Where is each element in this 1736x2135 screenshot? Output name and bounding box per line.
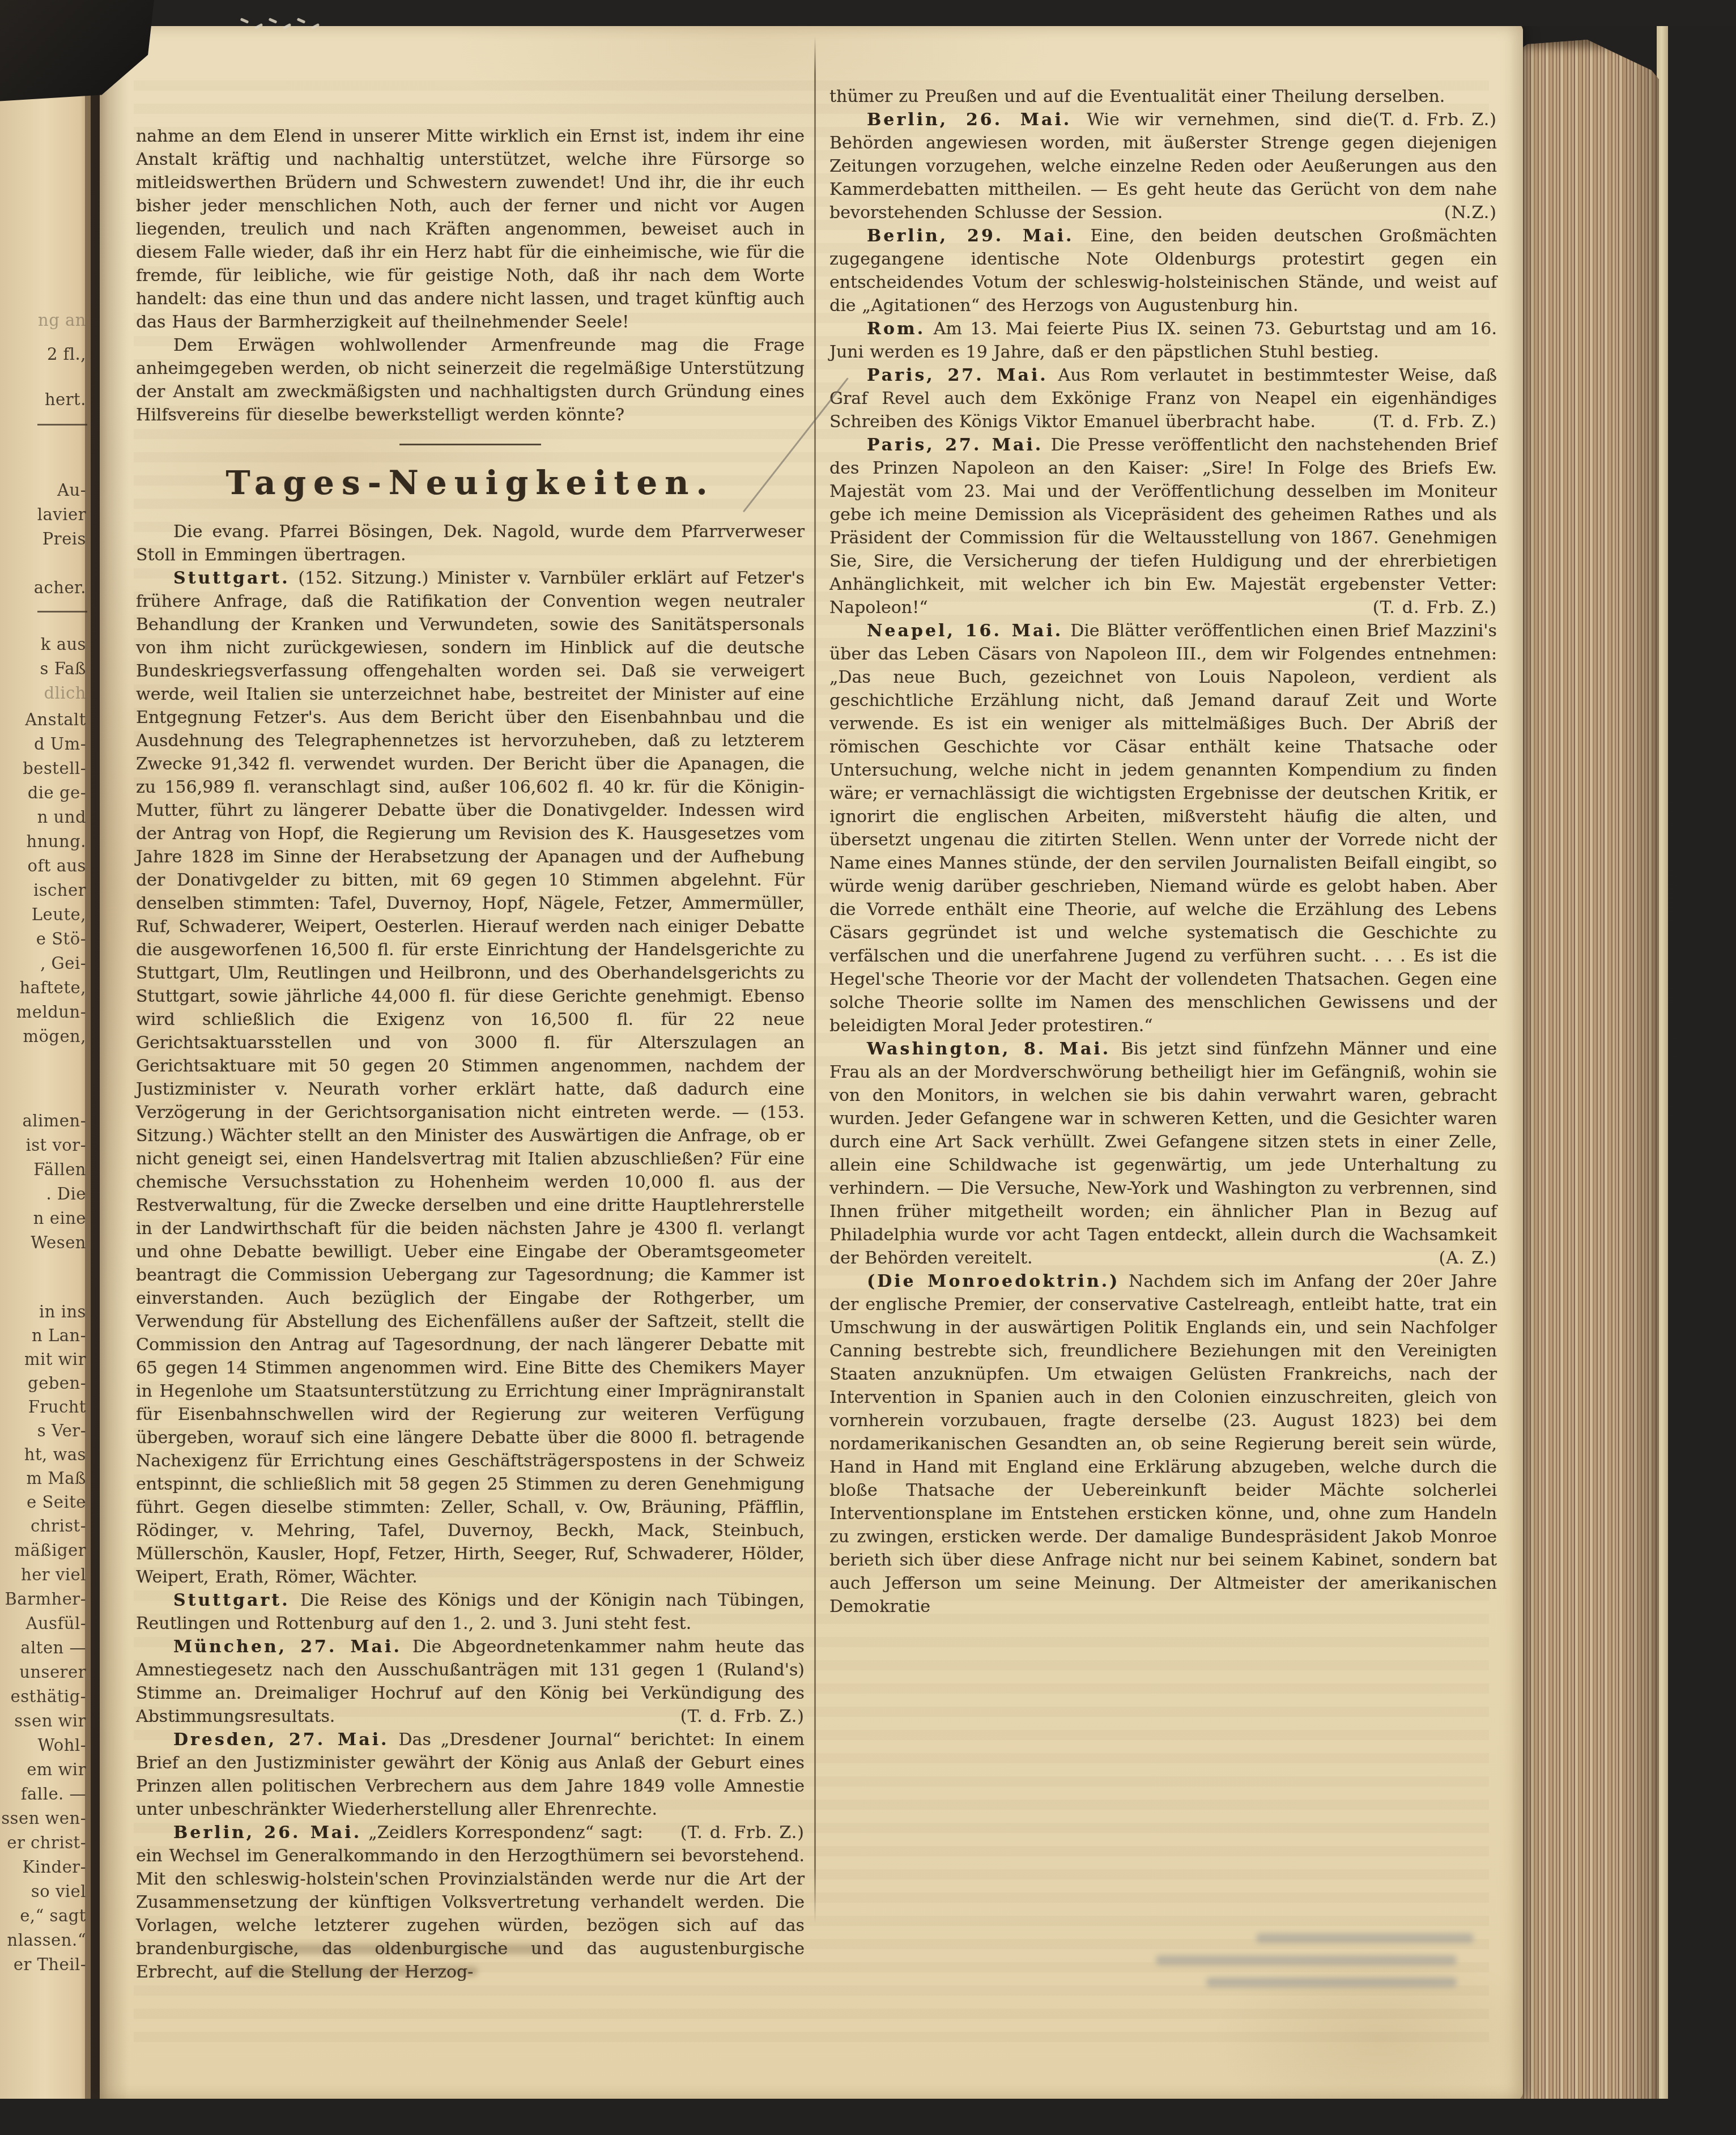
- news-paragraph: Berlin, 29. Mai. Eine, den beiden deutsc…: [829, 224, 1497, 317]
- margin-fragment-rule: [37, 424, 87, 426]
- margin-text-fragment: Fällen: [33, 1160, 86, 1179]
- margin-text-fragment: s Faß: [40, 659, 86, 678]
- dateline: Berlin, 26. Mai.: [867, 110, 1071, 130]
- margin-text-fragment: her viel: [21, 1565, 86, 1584]
- margin-text-fragment: Leute,: [32, 905, 86, 924]
- dateline: Paris, 27. Mai.: [867, 435, 1043, 455]
- news-paragraph: Rom. Am 13. Mai feierte Pius IX. seinen …: [829, 317, 1497, 364]
- margin-text-fragment: d Um-: [34, 734, 86, 754]
- margin-text-fragment: e Seite: [27, 1492, 86, 1512]
- paragraph-text: Die Blätter veröffentlichen einen Brief …: [829, 621, 1497, 1036]
- margin-text-fragment: Au-: [57, 480, 86, 500]
- margin-text-fragment: n und: [37, 807, 86, 827]
- margin-text-fragment: oft aus: [28, 856, 86, 875]
- news-paragraph: (Die Monroedoktrin.) Nachdem sich im Anf…: [829, 1270, 1497, 1618]
- dateline: Washington, 8. Mai.: [867, 1039, 1110, 1059]
- news-paragraph: Paris, 27. Mai. Aus Rom verlautet in bes…: [829, 364, 1497, 433]
- paragraph-text: Bis jetzt sind fünfzehn Männer und eine …: [829, 1039, 1497, 1268]
- margin-text-fragment: k aus: [41, 635, 86, 654]
- source-tag: (A. Z.): [1402, 1247, 1497, 1270]
- margin-text-fragment: ng an: [38, 311, 86, 330]
- margin-fragment-rule: [37, 611, 87, 613]
- margin-text-fragment: er christ-: [7, 1833, 86, 1852]
- news-paragraph: Stuttgart. Die Reise des Königs und der …: [136, 1589, 805, 1635]
- margin-text-fragment: ssen wen-: [1, 1809, 86, 1828]
- margin-text-fragment: esthätig-: [11, 1687, 86, 1706]
- margin-text-fragment: . Die: [46, 1184, 86, 1203]
- margin-text-fragment: er Theil-: [14, 1955, 86, 1974]
- margin-text-fragment: em wir: [27, 1760, 86, 1779]
- margin-text-fragment: mit wir: [24, 1350, 86, 1369]
- margin-text-fragment: meldun-: [16, 1002, 86, 1022]
- margin-text-fragment: ssen wir: [14, 1711, 86, 1730]
- margin-text-fragment: haftete,: [19, 978, 86, 997]
- gutter-shadow: [85, 25, 129, 2100]
- margin-text-fragment: bestell-: [23, 759, 86, 778]
- paragraph-text: Nachdem sich im Anfang der 20er Jahre de…: [829, 1271, 1497, 1617]
- photo-bottom-shadow: [0, 2099, 1736, 2135]
- news-paragraph: Stuttgart. (152. Sitzung.) Minister v. V…: [136, 567, 805, 1589]
- margin-text-fragment: geben-: [28, 1373, 86, 1393]
- column-divider-rule: [814, 36, 816, 1923]
- margin-text-fragment: Wesen: [31, 1233, 86, 1252]
- news-paragraph: München, 27. Mai. Die Abgeordnetenkammer…: [136, 1635, 805, 1728]
- margin-text-fragment: lavier: [37, 505, 86, 524]
- margin-text-fragment: alimen-: [23, 1111, 86, 1130]
- margin-text-fragment: dlich: [44, 683, 86, 703]
- margin-text-fragment: Kinder-: [22, 1857, 86, 1877]
- dateline: Rom.: [867, 319, 925, 339]
- margin-text-fragment: n eine: [33, 1209, 86, 1228]
- source-tag: (N.Z.): [1407, 201, 1497, 224]
- margin-text-fragment: m Maß: [26, 1469, 86, 1488]
- source-tag: (T. d. Frb. Z.): [1335, 410, 1497, 433]
- source-tag: (T. d. Frb. Z.): [643, 1821, 805, 1844]
- news-paragraph: nahme an dem Elend in unserer Mitte wirk…: [136, 125, 805, 334]
- news-paragraph: Die evang. Pfarrei Bösingen, Dek. Nagold…: [136, 520, 805, 567]
- text-column-right: thümer zu Preußen und auf die Eventualit…: [829, 85, 1497, 1618]
- photo-top-shadow: [0, 0, 1736, 26]
- margin-text-fragment: e Stö-: [36, 929, 86, 949]
- margin-text-fragment: in ins: [39, 1302, 86, 1321]
- margin-text-fragment: Ausfül-: [26, 1614, 87, 1633]
- dateline: Stuttgart.: [173, 1590, 290, 1610]
- margin-text-fragment: ischer: [33, 881, 86, 900]
- paragraph-text: Die evang. Pfarrei Bösingen, Dek. Nagold…: [136, 522, 805, 565]
- margin-text-fragment: hnung.: [27, 832, 87, 851]
- book-cover-edge: [1667, 15, 1736, 2118]
- margin-text-fragment: e,“ sagt: [20, 1906, 86, 1925]
- margin-text-fragment: mäßiger: [14, 1541, 86, 1560]
- paragraph-text: Am 13. Mai feierte Pius IX. seinen 73. G…: [829, 319, 1497, 362]
- dateline: Berlin, 29. Mai.: [867, 226, 1074, 246]
- news-paragraph: Dresden, 27. Mai. Das „Dresdener Journal…: [136, 1728, 805, 1821]
- margin-text-fragment: unserer: [19, 1662, 86, 1682]
- page-stack-fore-edge: [1509, 40, 1659, 2110]
- facing-page-edge: ng an2 fl.,hert.Au-lavierPreisacher.k au…: [0, 27, 91, 2099]
- margin-text-fragment: so viel: [31, 1882, 86, 1901]
- paragraph-text: Die Presse veröffentlicht den nachstehen…: [829, 435, 1497, 618]
- margin-text-fragment: hert.: [45, 390, 86, 409]
- margin-text-fragment: Barmher-: [5, 1589, 86, 1609]
- margin-text-fragment: mögen,: [23, 1027, 86, 1046]
- source-tag: (T. d. Frb. Z.): [643, 1705, 805, 1728]
- news-paragraph: Dem Erwägen wohlwollender Armenfreunde m…: [136, 334, 805, 427]
- paragraph-text: nahme an dem Elend in unserer Mitte wirk…: [136, 126, 805, 332]
- dateline: Neapel, 16. Mai.: [867, 621, 1063, 641]
- margin-text-fragment: acher.: [34, 578, 86, 597]
- paragraph-text: thümer zu Preußen und auf die Eventualit…: [829, 87, 1445, 107]
- text-column-left: nahme an dem Elend in unserer Mitte wirk…: [136, 125, 805, 1984]
- margin-text-fragment: ht, was: [24, 1445, 86, 1464]
- margin-text-fragment: Wohl-: [37, 1736, 86, 1755]
- dateline: Stuttgart.: [173, 568, 290, 588]
- margin-text-fragment: falle. —: [21, 1784, 86, 1804]
- scanned-book-photo: ng an2 fl.,hert.Au-lavierPreisacher.k au…: [0, 0, 1736, 2135]
- margin-text-fragment: nlassen.“: [7, 1930, 86, 1950]
- margin-text-fragment: , Gei-: [40, 954, 86, 973]
- dateline: (Die Monroedoktrin.): [867, 1271, 1120, 1291]
- news-paragraph: Berlin, 26. Mai. „Zeidlers Korrespondenz…: [136, 1821, 805, 1984]
- section-header: Tages-Neuigkeiten.: [136, 465, 805, 501]
- margin-text-fragment: n Lan-: [32, 1326, 86, 1345]
- source-tag: (T. d. Frb. Z.): [1373, 108, 1497, 131]
- margin-text-fragment: Anstalt: [25, 710, 86, 729]
- margin-text-fragment: 2 fl.,: [47, 345, 86, 364]
- news-paragraph: Washington, 8. Mai. Bis jetzt sind fünfz…: [829, 1037, 1497, 1270]
- margin-text-fragment: Frucht: [28, 1397, 86, 1417]
- paragraph-text: „Zeidlers Korrespondenz“ sagt: ein Wechs…: [136, 1823, 805, 1982]
- paragraph-text: Dem Erwägen wohlwollender Armenfreunde m…: [136, 335, 805, 425]
- margin-text-fragment: ist vor-: [25, 1135, 86, 1155]
- ghost-text-bottom-right: [1156, 1933, 1490, 2000]
- margin-text-fragment: alten —: [20, 1638, 86, 1657]
- margin-text-fragment: s Ver-: [37, 1421, 86, 1440]
- news-paragraph: thümer zu Preußen und auf die Eventualit…: [829, 85, 1497, 108]
- news-paragraph: Paris, 27. Mai. Die Presse veröffentlich…: [829, 433, 1497, 619]
- dateline: Dresden, 27. Mai.: [173, 1730, 389, 1750]
- news-paragraph: Neapel, 16. Mai. Die Blätter veröffentli…: [829, 619, 1497, 1037]
- section-divider-rule: [399, 444, 541, 445]
- dateline: Berlin, 26. Mai.: [173, 1823, 361, 1843]
- margin-text-fragment: christ-: [31, 1516, 86, 1536]
- margin-text-fragment: Preis: [42, 529, 86, 548]
- dateline: München, 27. Mai.: [173, 1637, 402, 1657]
- source-tag: (T. d. Frb. Z.): [1335, 596, 1497, 619]
- dateline: Paris, 27. Mai.: [867, 365, 1048, 385]
- margin-text-fragment: die ge-: [28, 783, 86, 802]
- paragraph-text: (152. Sitzung.) Minister v. Varnbüler er…: [136, 568, 805, 1587]
